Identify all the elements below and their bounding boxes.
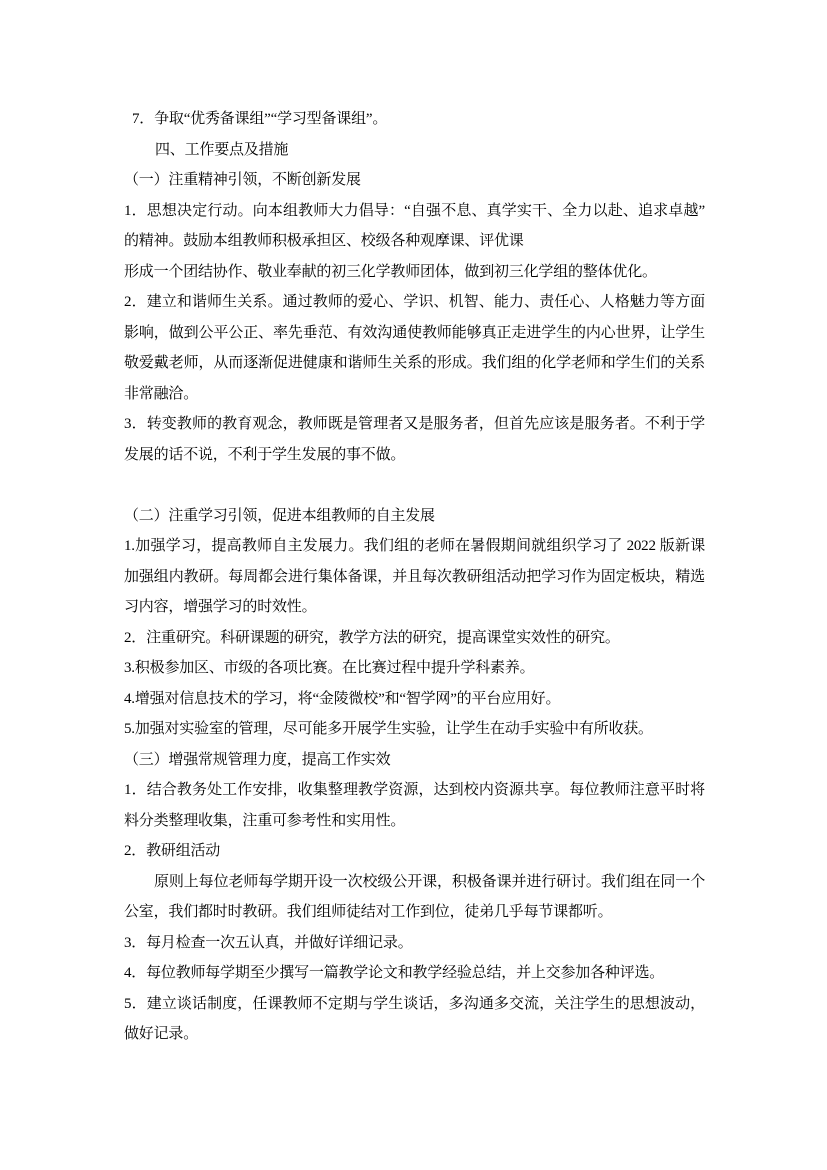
document-page: 7．争取“优秀备课组”“学习型备课组”。四、工作要点及措施（一）注重精神引领，不…: [0, 0, 827, 1170]
text-line: （二）注重学习引领，促进本组教师的自主发展: [124, 501, 705, 532]
text-line: 加强组内教研。每周都会进行集体备课，并且每次教研组活动把学习作为固定板块，精选学: [124, 562, 705, 593]
blank-line: [124, 470, 705, 501]
text-line: 1．结合教务处工作安排，收集整理教学资源，达到校内资源共享。每位教师注意平时将资: [124, 775, 705, 806]
text-line: 形成一个团结协作、敬业奉献的初三化学教师团体，做到初三化学组的整体优化。: [124, 257, 705, 288]
text-line: 原则上每位老师每学期开设一次校级公开课，积极备课并进行研讨。我们组在同一个办: [124, 867, 705, 898]
text-line: 2．注重研究。科研课题的研究，教学方法的研究，提高课堂实效性的研究。: [124, 623, 705, 654]
text-line: 习内容，增强学习的时效性。: [124, 592, 705, 623]
text-line: 2．建立和谐师生关系。通过教师的爱心、学识、机智、能力、责任心、人格魅力等方面的: [124, 287, 705, 318]
text-line: 公室，我们都时时教研。我们组师徒结对工作到位，徒弟几乎每节课都听。: [124, 897, 705, 928]
text-line: 5．建立谈话制度，任课教师不定期与学生谈话，多沟通多交流，关注学生的思想波动，并: [124, 989, 705, 1020]
text-line: 3．每月检查一次五认真，并做好详细记录。: [124, 928, 705, 959]
text-line: 做好记录。: [124, 1019, 705, 1050]
text-line: 1.加强学习，提高教师自主发展力。我们组的老师在暑假期间就组织学习了 2022 …: [124, 531, 705, 562]
text-line: 3．转变教师的教育观念，教师既是管理者又是服务者，但首先应该是服务者。不利于学生: [124, 409, 705, 440]
text-line: 的精神。鼓励本组教师积极承担区、校级各种观摩课、评优课: [124, 226, 705, 257]
text-line: （三）增强常规管理力度，提高工作实效: [124, 745, 705, 776]
text-line: 影响，做到公平公正、率先垂范、有效沟通使教师能够真正走进学生的内心世界，让学生尊: [124, 318, 705, 349]
text-line: 4.增强对信息技术的学习，将“金陵微校”和“智学网”的平台应用好。: [124, 684, 705, 715]
text-line: 发展的话不说，不利于学生发展的事不做。: [124, 440, 705, 471]
text-line: 敬爱戴老师，从而逐渐促进健康和谐师生关系的形成。我们组的化学老师和学生们的关系都: [124, 348, 705, 379]
text-line: 4．每位教师每学期至少撰写一篇教学论文和教学经验总结，并上交参加各种评选。: [124, 958, 705, 989]
document-body: 7．争取“优秀备课组”“学习型备课组”。四、工作要点及措施（一）注重精神引领，不…: [124, 104, 705, 1050]
text-line: 5.加强对实验室的管理，尽可能多开展学生实验，让学生在动手实验中有所收获。: [124, 714, 705, 745]
text-line: 四、工作要点及措施: [124, 135, 705, 166]
text-line: 2．教研组活动: [124, 836, 705, 867]
text-line: （一）注重精神引领，不断创新发展: [124, 165, 705, 196]
text-line: 非常融洽。: [124, 379, 705, 410]
text-line: 3.积极参加区、市级的各项比赛。在比赛过程中提升学科素养。: [124, 653, 705, 684]
text-line: 7．争取“优秀备课组”“学习型备课组”。: [124, 104, 705, 135]
text-line: 1．思想决定行动。向本组教师大力倡导：“自强不息、真学实干、全力以赴、追求卓越”: [124, 196, 705, 227]
text-line: 料分类整理收集，注重可参考性和实用性。: [124, 806, 705, 837]
